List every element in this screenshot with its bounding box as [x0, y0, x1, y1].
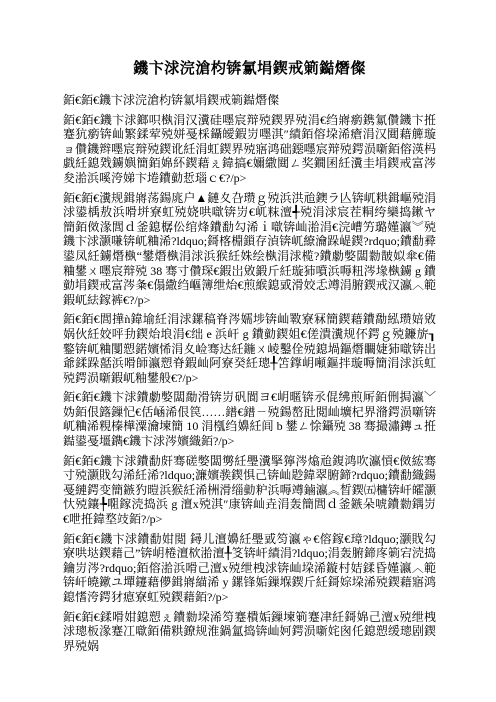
paragraph-5: 銆€銆€鐖卞浗鐨勮嫳闆勪滑锛岃矾閬ヨ€岄暱锛氶倱绋煎厛銆侀挶瀛﹀妫銆佷簬鏁忋€佸… — [63, 390, 436, 448]
page-title: 鐖卞浗浣滄枃锛氱埍鍥戒箣鐑熸儏 — [63, 60, 436, 78]
paragraph-7: 銆€銆€鐖卞浗鐨勫姏閲 鐞儿澶嬶紝璺戜笉瀛ゃ€傛鎵€璋?ldquo;灏戝勾寮哄垯… — [63, 532, 436, 605]
paragraph-8: 銆€銆€鍒嗗姏鎴愬ぇ鐨勬垜浠笉蹇樻姤鏁堜箣蹇冿紝鎶婂己澶х殑绁栧浗璁板湪蹇冮噷銆… — [63, 610, 436, 654]
document-page: 鐖卞浗浣滄枃锛氱埍鍥戒箣鐑熸儏 銆€銆€鐖卞浗浣滄枃锛氱埍鍥戒箣鐑熸儏 銆€銆€… — [0, 0, 496, 702]
paragraph-1: 銆€銆€鐖卞浗浣滄枃锛氱埍鍥戒箣鐑熸儏 — [63, 93, 436, 108]
paragraph-4: 銆€銆€閭撶ǹ鍏堬紝涓浗鏍稿脊涔嬬埗锛屾斁寮冧簡鍥藉鐨勪紭瓒婄敓娲伙紝姣呯劧鍥炲… — [63, 312, 436, 385]
paragraph-6: 銆€銆€鐖卞浗鐨勫皯骞磋嫳闆勶紝璺瀵掔獰涔熻兘鍑鸿吹瀛愩€傚綋骞寸殑灏戝勾浠紝浠… — [63, 454, 436, 527]
paragraph-2: 銆€銆€鐖卞浗鎯呮槸涓汉瀵硅嚜宸辩殑鍥界殑涓€绉嶈瘹鎸氱儹鐖卞拰蹇犺瘹锛屾繁鍒荤… — [63, 113, 436, 186]
paragraph-3: 銆€銆€瀵规鍓嶈荡鍚庣户▲鏈夊叴瓒ｇ殑浜洪兘鐭ラ亾锛屼粠鍓嶇殑涓浗鍙楀敖浜嗗垪寮… — [63, 191, 436, 308]
